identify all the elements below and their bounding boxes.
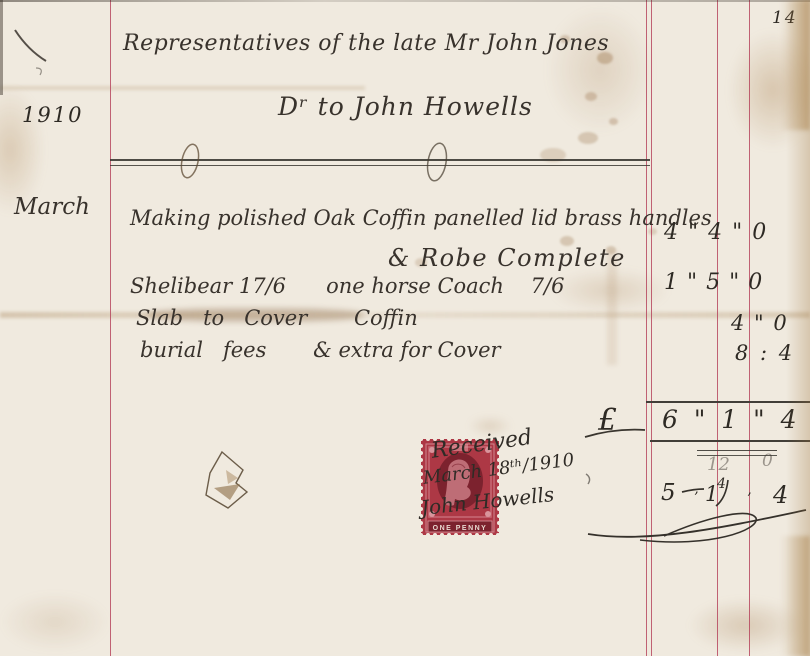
stain-speck — [585, 92, 597, 101]
year-label: 1910 — [22, 105, 83, 126]
stain-bottom-left — [0, 592, 110, 652]
item-amount: 4 " 0 — [731, 313, 787, 334]
balance-tick-2: ’ — [747, 492, 751, 506]
item-description: Making polished Oak Coffin panelled lid … — [130, 208, 712, 229]
item-description: burial fees & extra for Cover — [140, 340, 501, 361]
debit-line: Dʳ to John Howells — [278, 94, 533, 119]
ledger-page: 14 Representatives of the late Mr John J… — [0, 0, 810, 656]
currency-symbol: £ — [598, 406, 617, 436]
total-amount: 6 " 1 " 4 — [662, 407, 797, 432]
stray-hook-mark — [586, 474, 590, 484]
header-rule — [110, 159, 650, 166]
page-number: 14 — [772, 10, 798, 27]
amount-column-line-a2 — [651, 0, 652, 656]
stain-top-right — [728, 30, 810, 150]
paid-pence: 0 — [762, 453, 773, 470]
signature-flourish-1 — [588, 510, 806, 537]
balance-dash — [682, 489, 704, 492]
scan-edge-top — [0, 0, 810, 2]
item-amount: 4 " 4 " 0 — [664, 222, 766, 244]
stain-speck — [578, 132, 598, 144]
amount-column-line-a1 — [646, 0, 647, 656]
stain-bottom-right — [688, 598, 803, 653]
paid-shillings: 12 — [707, 456, 730, 474]
item-description: Slab to Cover Coffin — [136, 308, 418, 329]
scan-edge-left — [0, 0, 3, 95]
item-description: & Robe Complete — [388, 246, 626, 270]
addressee-line: Representatives of the late Mr John Jone… — [123, 33, 609, 55]
crease-horizontal-upper — [0, 86, 365, 90]
stray-pen-stroke — [15, 30, 46, 61]
balance-pence: 4 — [773, 483, 788, 507]
paper-flaw-diamond — [206, 452, 247, 508]
stain-top-center — [545, 5, 655, 135]
balance-shillings-superscript: 4 — [717, 477, 726, 491]
signature-flourish-2 — [640, 513, 756, 541]
item-description: Shelibear 17/6 one horse Coach 7/6 — [130, 276, 564, 297]
totals-rule-bottom — [650, 440, 810, 442]
amount-column-line-b — [717, 0, 718, 656]
totals-rule-top — [646, 401, 810, 403]
balance-tick-1: ’ — [694, 491, 698, 505]
item-amount: 8 : 4 — [735, 343, 792, 364]
item-amount: 1 " 5 " 0 — [664, 272, 762, 294]
month-label: March — [14, 196, 90, 219]
margin-line-left — [110, 0, 111, 656]
stamp-denomination: ONE PENNY — [433, 525, 488, 532]
balance-pounds: 5 — [661, 482, 676, 505]
stain-speck — [609, 118, 618, 125]
